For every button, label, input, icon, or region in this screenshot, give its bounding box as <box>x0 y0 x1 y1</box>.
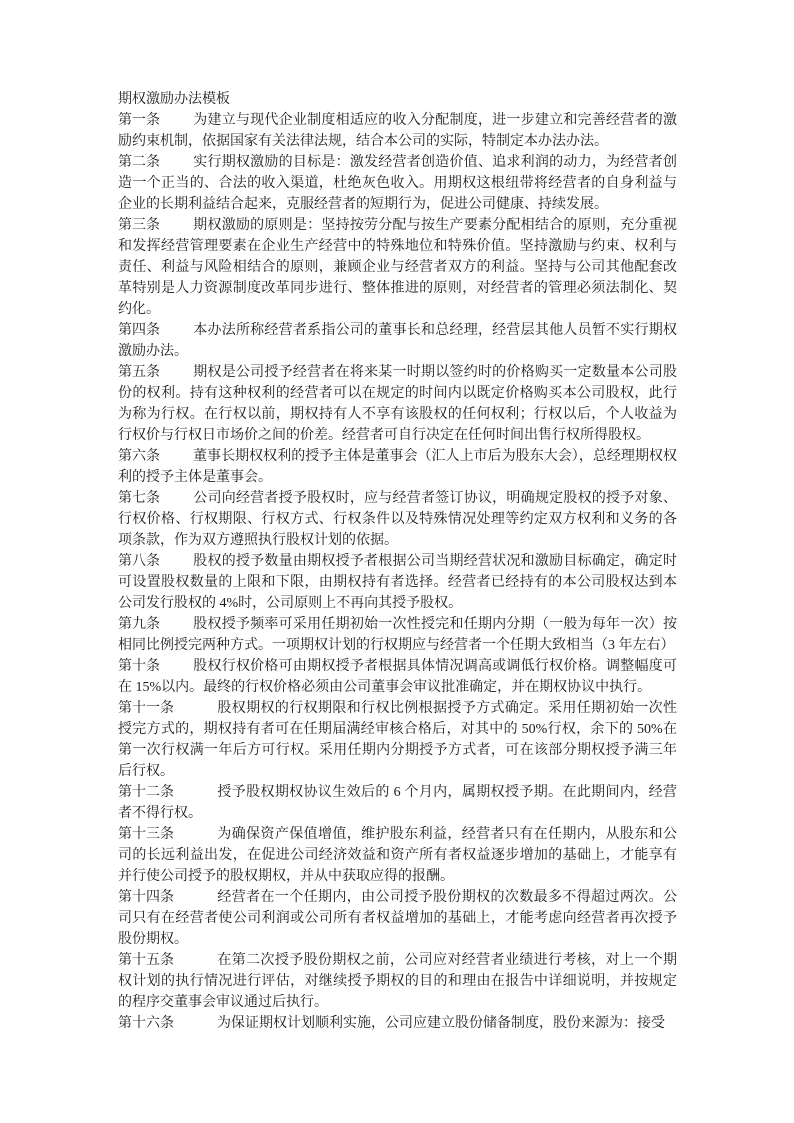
article-number: 第十二条 <box>118 782 217 803</box>
article-number: 第三条 <box>118 215 193 236</box>
article-number: 第一条 <box>118 110 193 131</box>
article-paragraph: 第十四条经营者在一个任期内，由公司授予股份期权的次数最多不得超过两次。公司只有在… <box>118 887 677 950</box>
article-number: 第十四条 <box>118 887 217 908</box>
article-text: 股权行权价格可由期权授予者根据具体情况调高或调低行权价格。调整幅度可在 15%以… <box>118 659 677 695</box>
article-paragraph: 第十条股权行权价格可由期权授予者根据具体情况调高或调低行权价格。调整幅度可在 1… <box>118 656 677 698</box>
article-number: 第六条 <box>118 446 193 467</box>
article-number: 第十条 <box>118 656 193 677</box>
article-text: 实行期权激励的目标是：激发经营者创造价值、追求利润的动力，为经营者创造一个正当的… <box>118 155 677 212</box>
article-number: 第十一条 <box>118 698 217 719</box>
article-paragraph: 第六条董事长期权权利的授予主体是董事会（汇人上市后为股东大会），总经理期权权利的… <box>118 446 677 488</box>
article-number: 第五条 <box>118 362 193 383</box>
article-paragraph: 第十六条为保证期权计划顺利实施，公司应建立股份储备制度，股份来源为：接受 <box>118 1013 677 1034</box>
article-text: 股权的授予数量由期权授予者根据公司当期经营状况和激励目标确定，确定时可设置股权数… <box>118 554 677 611</box>
article-text: 期权激励的原则是：坚持按劳分配与按生产要素分配相结合的原则，充分重视和发挥经营管… <box>118 218 677 317</box>
article-paragraph: 第五条期权是公司授予经营者在将来某一时期以签约时的价格购买一定数量本公司股份的权… <box>118 362 677 446</box>
document-title: 期权激励办法模板 <box>118 89 677 110</box>
article-number: 第八条 <box>118 551 193 572</box>
article-paragraph: 第七条公司向经营者授予股权时，应与经营者签订协议，明确规定股权的授予对象、行权价… <box>118 488 677 551</box>
article-paragraph: 第四条本办法所称经营者系指公司的董事长和总经理，经营层其他人员暂不实行期权激励办… <box>118 320 677 362</box>
article-paragraph: 第九条股权授予频率可采用任期初始一次性授完和任期内分期（一般为每年一次）按相同比… <box>118 614 677 656</box>
article-paragraph: 第二条实行期权激励的目标是：激发经营者创造价值、追求利润的动力，为经营者创造一个… <box>118 152 677 215</box>
article-number: 第四条 <box>118 320 193 341</box>
article-text: 本办法所称经营者系指公司的董事长和总经理，经营层其他人员暂不实行期权激励办法。 <box>118 323 677 359</box>
article-number: 第十三条 <box>118 824 217 845</box>
article-number: 第二条 <box>118 152 193 173</box>
article-paragraph: 第十三条为确保资产保值增值，维护股东利益，经营者只有在任期内，从股东和公司的长远… <box>118 824 677 887</box>
article-paragraph: 第十一条股权期权的行权期限和行权比例根据授予方式确定。采用任期初始一次性授完方式… <box>118 698 677 782</box>
article-text: 为建立与现代企业制度相适应的收入分配制度，进一步建立和完善经营者的激励约束机制，… <box>118 113 677 149</box>
article-paragraph: 第十二条授予股权期权协议生效后的 6 个月内，属期权授予期。在此期间内，经营者不… <box>118 782 677 824</box>
article-text: 公司向经营者授予股权时，应与经营者签订协议，明确规定股权的授予对象、行权价格、行… <box>118 491 677 548</box>
document-page: 期权激励办法模板 第一条为建立与现代企业制度相适应的收入分配制度，进一步建立和完… <box>0 0 794 1123</box>
article-text: 股权授予频率可采用任期初始一次性授完和任期内分期（一般为每年一次）按相同比例授完… <box>118 617 677 653</box>
article-paragraph: 第十五条在第二次授予股份期权之前，公司应对经营者业绩进行考核，对上一个期权计划的… <box>118 950 677 1013</box>
article-number: 第七条 <box>118 488 193 509</box>
article-text: 期权是公司授予经营者在将来某一时期以签约时的价格购买一定数量本公司股份的权利。持… <box>118 365 677 443</box>
article-paragraph: 第一条为建立与现代企业制度相适应的收入分配制度，进一步建立和完善经营者的激励约束… <box>118 110 677 152</box>
article-paragraph: 第三条期权激励的原则是：坚持按劳分配与按生产要素分配相结合的原则，充分重视和发挥… <box>118 215 677 320</box>
article-paragraph: 第八条股权的授予数量由期权授予者根据公司当期经营状况和激励目标确定，确定时可设置… <box>118 551 677 614</box>
article-number: 第九条 <box>118 614 193 635</box>
document-body: 期权激励办法模板 第一条为建立与现代企业制度相适应的收入分配制度，进一步建立和完… <box>118 89 677 1034</box>
article-text: 为保证期权计划顺利实施，公司应建立股份储备制度，股份来源为：接受 <box>217 1016 665 1031</box>
article-number: 第十六条 <box>118 1013 217 1034</box>
article-number: 第十五条 <box>118 950 217 971</box>
article-text: 董事长期权权利的授予主体是董事会（汇人上市后为股东大会），总经理期权权利的授予主… <box>118 449 677 485</box>
